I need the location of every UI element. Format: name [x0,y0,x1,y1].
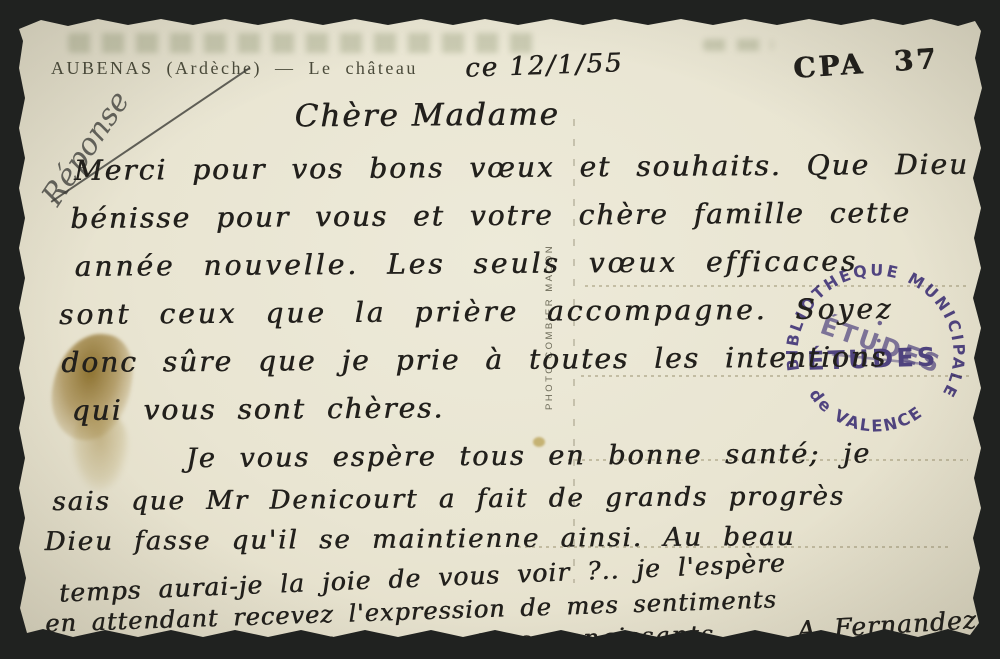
message-line: donc sûre que je prie à toutes les inten… [61,340,887,379]
scanned-postcard-back: AUBENAS (Ardèche) — Le château ce 12/1/5… [0,0,1000,659]
message-line: bénisse pour vous et votre chère famille… [70,196,911,235]
message-line: sont ceux que la prière accompagne. Soye… [59,292,894,331]
message-line: Je vous espère tous en bonne santé; je [186,438,871,474]
message-line: année nouvelle. Les seuls vœux efficaces [74,244,858,282]
message-line: Merci pour vos bons vœux et souhaits. Qu… [74,148,969,187]
message-line: sais que Mr Denicourt a fait de grands p… [52,482,845,518]
handwritten-message: Chère Madame Merci pour vos bons vœux et… [11,10,988,651]
message-line: qui vous sont chères. [71,391,444,427]
message-salutation: Chère Madame [294,97,560,135]
message-signature: A. Fernandez. [796,605,986,645]
postcard-paper: AUBENAS (Ardèche) — Le château ce 12/1/5… [13,13,986,647]
